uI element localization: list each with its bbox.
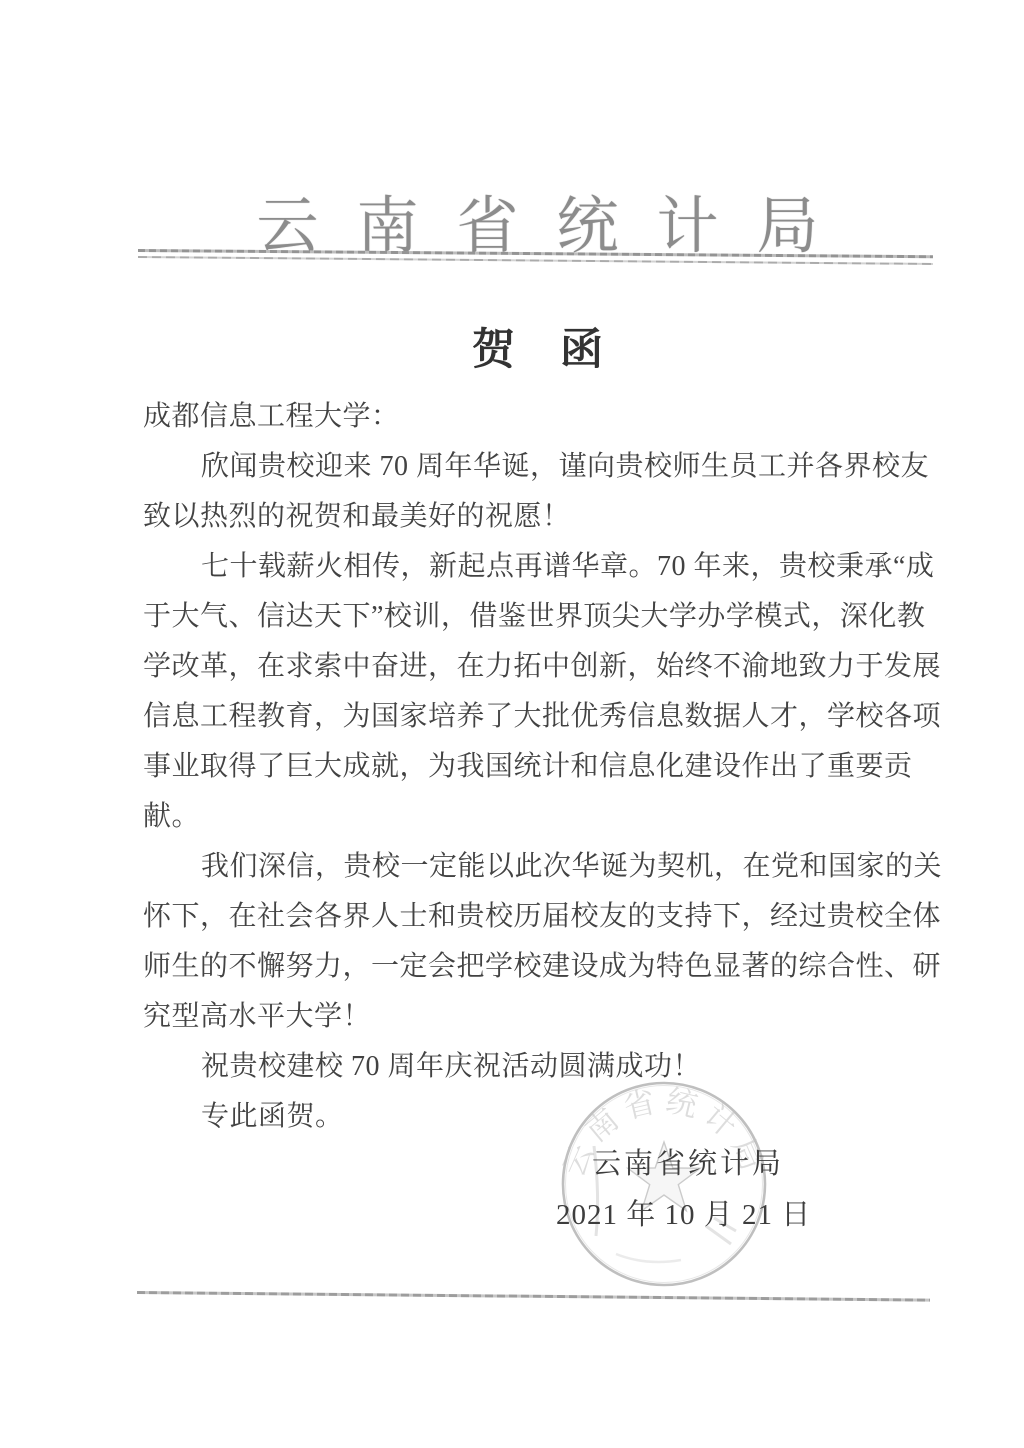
letter-line: 究型高水平大学！ — [143, 992, 909, 1042]
body-paragraph-lines: 欣闻贵校迎来 70 周年华诞，谨向贵校师生员工并各界校友致以热烈的祝贺和最美好的… — [143, 442, 909, 1142]
signature: 云南省统计局 — [592, 1141, 784, 1182]
letter-line: 专此函贺。 — [143, 1092, 909, 1142]
letter-line: 事业取得了巨大成就，为我国统计和信息化建设作出了重要贡 — [143, 742, 909, 792]
letter-line: 欣闻贵校迎来 70 周年华诞，谨向贵校师生员工并各界校友 — [143, 442, 909, 492]
seal-smudge-bottom — [616, 1254, 681, 1262]
letter-line: 师生的不懈努力，一定会把学校建设成为特色显著的综合性、研 — [143, 942, 909, 992]
letter-line: 献。 — [143, 792, 909, 842]
letter-body: 成都信息工程大学： 欣闻贵校迎来 70 周年华诞，谨向贵校师生员工并各界校友致以… — [143, 392, 909, 1142]
letter-line: 学改革，在求索中奋进，在力拓中创新，始终不渝地致力于发展 — [143, 642, 909, 692]
date: 2021 年 10 月 21 日 — [556, 1192, 811, 1233]
doc-title: 贺函 — [140, 316, 935, 377]
salutation: 成都信息工程大学： — [143, 392, 909, 442]
letter-line: 怀下，在社会各界人士和贵校历届校友的支持下，经过贵校全体 — [143, 892, 909, 942]
letter-line: 信息工程教育，为国家培养了大批优秀信息数据人才，学校各项 — [143, 692, 909, 742]
letter-line: 于大气、信达天下”校训，借鉴世界顶尖大学办学模式，深化教 — [143, 592, 909, 642]
footer-rule — [137, 1291, 930, 1302]
letter-page: 云南省统计局 贺函 成都信息工程大学： 欣闻贵校迎来 70 周年华诞，谨向贵校师… — [0, 0, 1024, 1448]
letter-line: 祝贵校建校 70 周年庆祝活动圆满成功！ — [143, 1042, 909, 1092]
letter-line: 我们深信，贵校一定能以此次华诞为契机，在党和国家的关 — [143, 842, 909, 892]
official-seal: 云南省统计局 — [556, 1076, 772, 1292]
letter-line: 七十载薪火相传，新起点再谱华章。70 年来，贵校秉承“成 — [143, 542, 909, 592]
letter-line: 致以热烈的祝贺和最美好的祝愿！ — [143, 492, 909, 542]
